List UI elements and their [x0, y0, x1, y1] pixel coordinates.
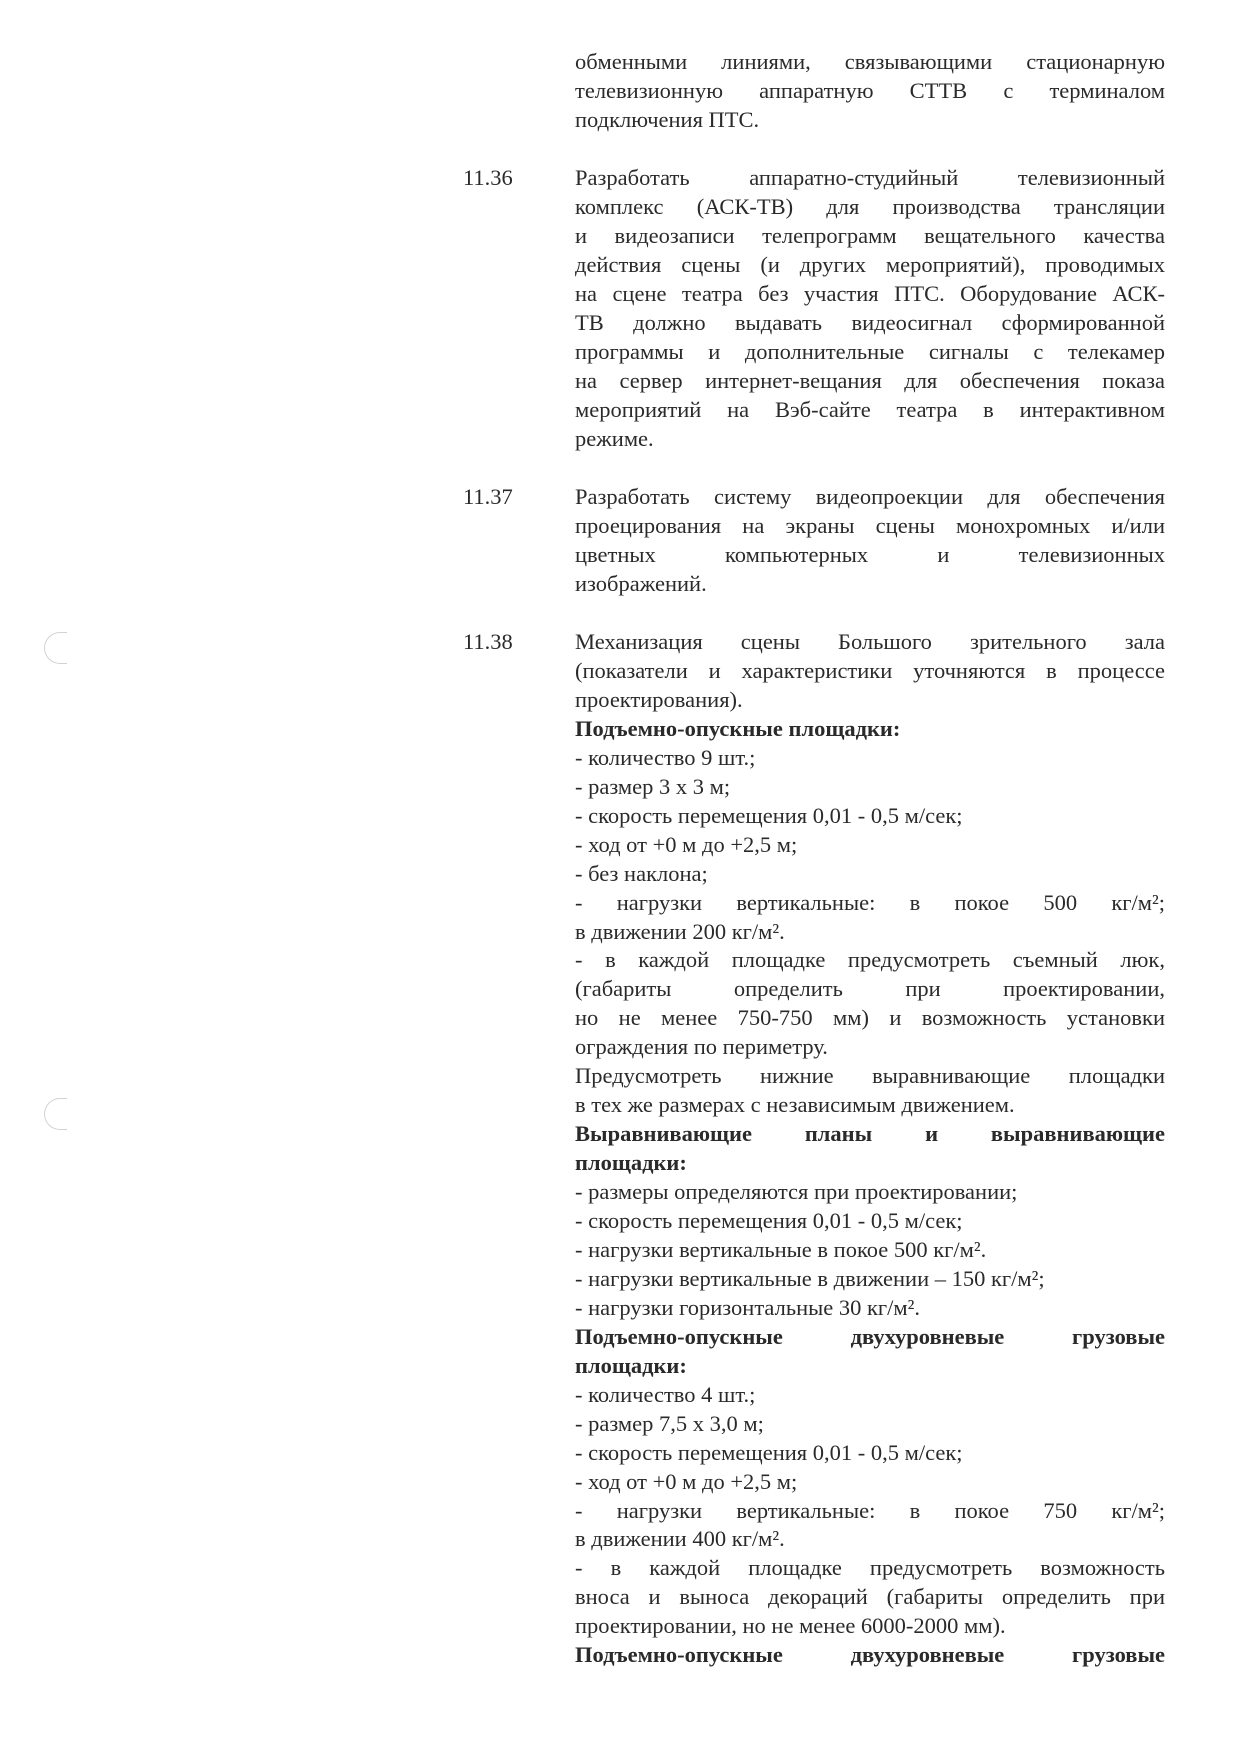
subsection-heading: Подъемно-опускные площадки:: [575, 715, 1165, 744]
subsection-heading: Подъемно-опускные двухуровневые грузовые: [575, 1641, 1165, 1670]
section-line: в движении 200 кг/м².: [575, 918, 1165, 947]
subsection-heading: площадки:: [575, 1352, 1165, 1381]
section-line: программы и дополнительные сигналы с тел…: [575, 338, 1165, 367]
subsection-heading: Выравнивающие планы и выравнивающие: [575, 1120, 1165, 1149]
section-line: Предусмотреть нижние выравнивающие площа…: [575, 1062, 1165, 1091]
intro-line: обменными линиями, связывающими стациона…: [575, 48, 1165, 77]
section-line: - ход от +0 м до +2,5 м;: [575, 831, 1165, 860]
section-line: и видеозаписи телепрограмм вещательного …: [575, 222, 1165, 251]
section-line: комплекс (АСК-ТВ) для производства транс…: [575, 193, 1165, 222]
subsection-heading: площадки:: [575, 1149, 1165, 1178]
section-line: - без наклона;: [575, 860, 1165, 889]
section-number: 11.36: [463, 164, 513, 193]
section-line: - нагрузки вертикальные в движении – 150…: [575, 1265, 1165, 1294]
punch-hole-mark-top: [44, 632, 67, 664]
section-number: 11.38: [463, 628, 513, 657]
section-line: Разработать аппаратно-студийный телевизи…: [575, 164, 1165, 193]
section-line: - нагрузки вертикальные: в покое 500 кг/…: [575, 889, 1165, 918]
section-line: Разработать систему видеопроекции для об…: [575, 483, 1165, 512]
section-line: - нагрузки горизонтальные 30 кг/м².: [575, 1294, 1165, 1323]
section-line: (показатели и характеристики уточняются …: [575, 657, 1165, 686]
section-line: в тех же размерах с независимым движение…: [575, 1091, 1165, 1120]
section-line: но не менее 750-750 мм) и возможность ус…: [575, 1004, 1165, 1033]
section-line: на сцене театра без участия ПТС. Оборудо…: [575, 280, 1165, 309]
section-line: - скорость перемещения 0,01 - 0,5 м/сек;: [575, 1439, 1165, 1468]
intro-line: подключения ПТС.: [575, 106, 1165, 135]
intro-line: телевизионную аппаратную СТТВ с терминал…: [575, 77, 1165, 106]
section-line: вноса и выноса декораций (габариты опред…: [575, 1583, 1165, 1612]
section-line: изображений.: [575, 570, 1165, 599]
section-line: режиме.: [575, 425, 1165, 454]
punch-hole-mark-bottom: [44, 1098, 67, 1130]
section-line: Механизация сцены Большого зрительного з…: [575, 628, 1165, 657]
section-line: (габариты определить при проектировании,: [575, 975, 1165, 1004]
section-line: ограждения по периметру.: [575, 1033, 1165, 1062]
section-line: - размер 3 х 3 м;: [575, 773, 1165, 802]
section-number: 11.37: [463, 483, 513, 512]
subsection-heading: Подъемно-опускные двухуровневые грузовые: [575, 1323, 1165, 1352]
section-line: на сервер интернет-вещания для обеспечен…: [575, 367, 1165, 396]
section-line: - количество 9 шт.;: [575, 744, 1165, 773]
section-line: - размер 7,5 х 3,0 м;: [575, 1410, 1165, 1439]
section-line: - скорость перемещения 0,01 - 0,5 м/сек;: [575, 802, 1165, 831]
section-line: ТВ должно выдавать видеосигнал сформиров…: [575, 309, 1165, 338]
section-line: - в каждой площадке предусмотреть возмож…: [575, 1554, 1165, 1583]
section-line: - в каждой площадке предусмотреть съемны…: [575, 946, 1165, 975]
section-line: - скорость перемещения 0,01 - 0,5 м/сек;: [575, 1207, 1165, 1236]
section-line: - ход от +0 м до +2,5 м;: [575, 1468, 1165, 1497]
section-line: цветных компьютерных и телевизионных: [575, 541, 1165, 570]
section-line: проецирования на экраны сцены монохромны…: [575, 512, 1165, 541]
section-line: в движении 400 кг/м².: [575, 1525, 1165, 1554]
section-line: действия сцены (и других мероприятий), п…: [575, 251, 1165, 280]
section-line: мероприятий на Вэб-сайте театра в интера…: [575, 396, 1165, 425]
scanned-document-page: обменными линиями, связывающими стациона…: [0, 0, 1240, 1754]
section-line: - количество 4 шт.;: [575, 1381, 1165, 1410]
section-line: - нагрузки вертикальные: в покое 750 кг/…: [575, 1497, 1165, 1526]
section-line: - нагрузки вертикальные в покое 500 кг/м…: [575, 1236, 1165, 1265]
section-line: проектирования).: [575, 686, 1165, 715]
section-line: - размеры определяются при проектировани…: [575, 1178, 1165, 1207]
section-line: проектировании, но не менее 6000-2000 мм…: [575, 1612, 1165, 1641]
